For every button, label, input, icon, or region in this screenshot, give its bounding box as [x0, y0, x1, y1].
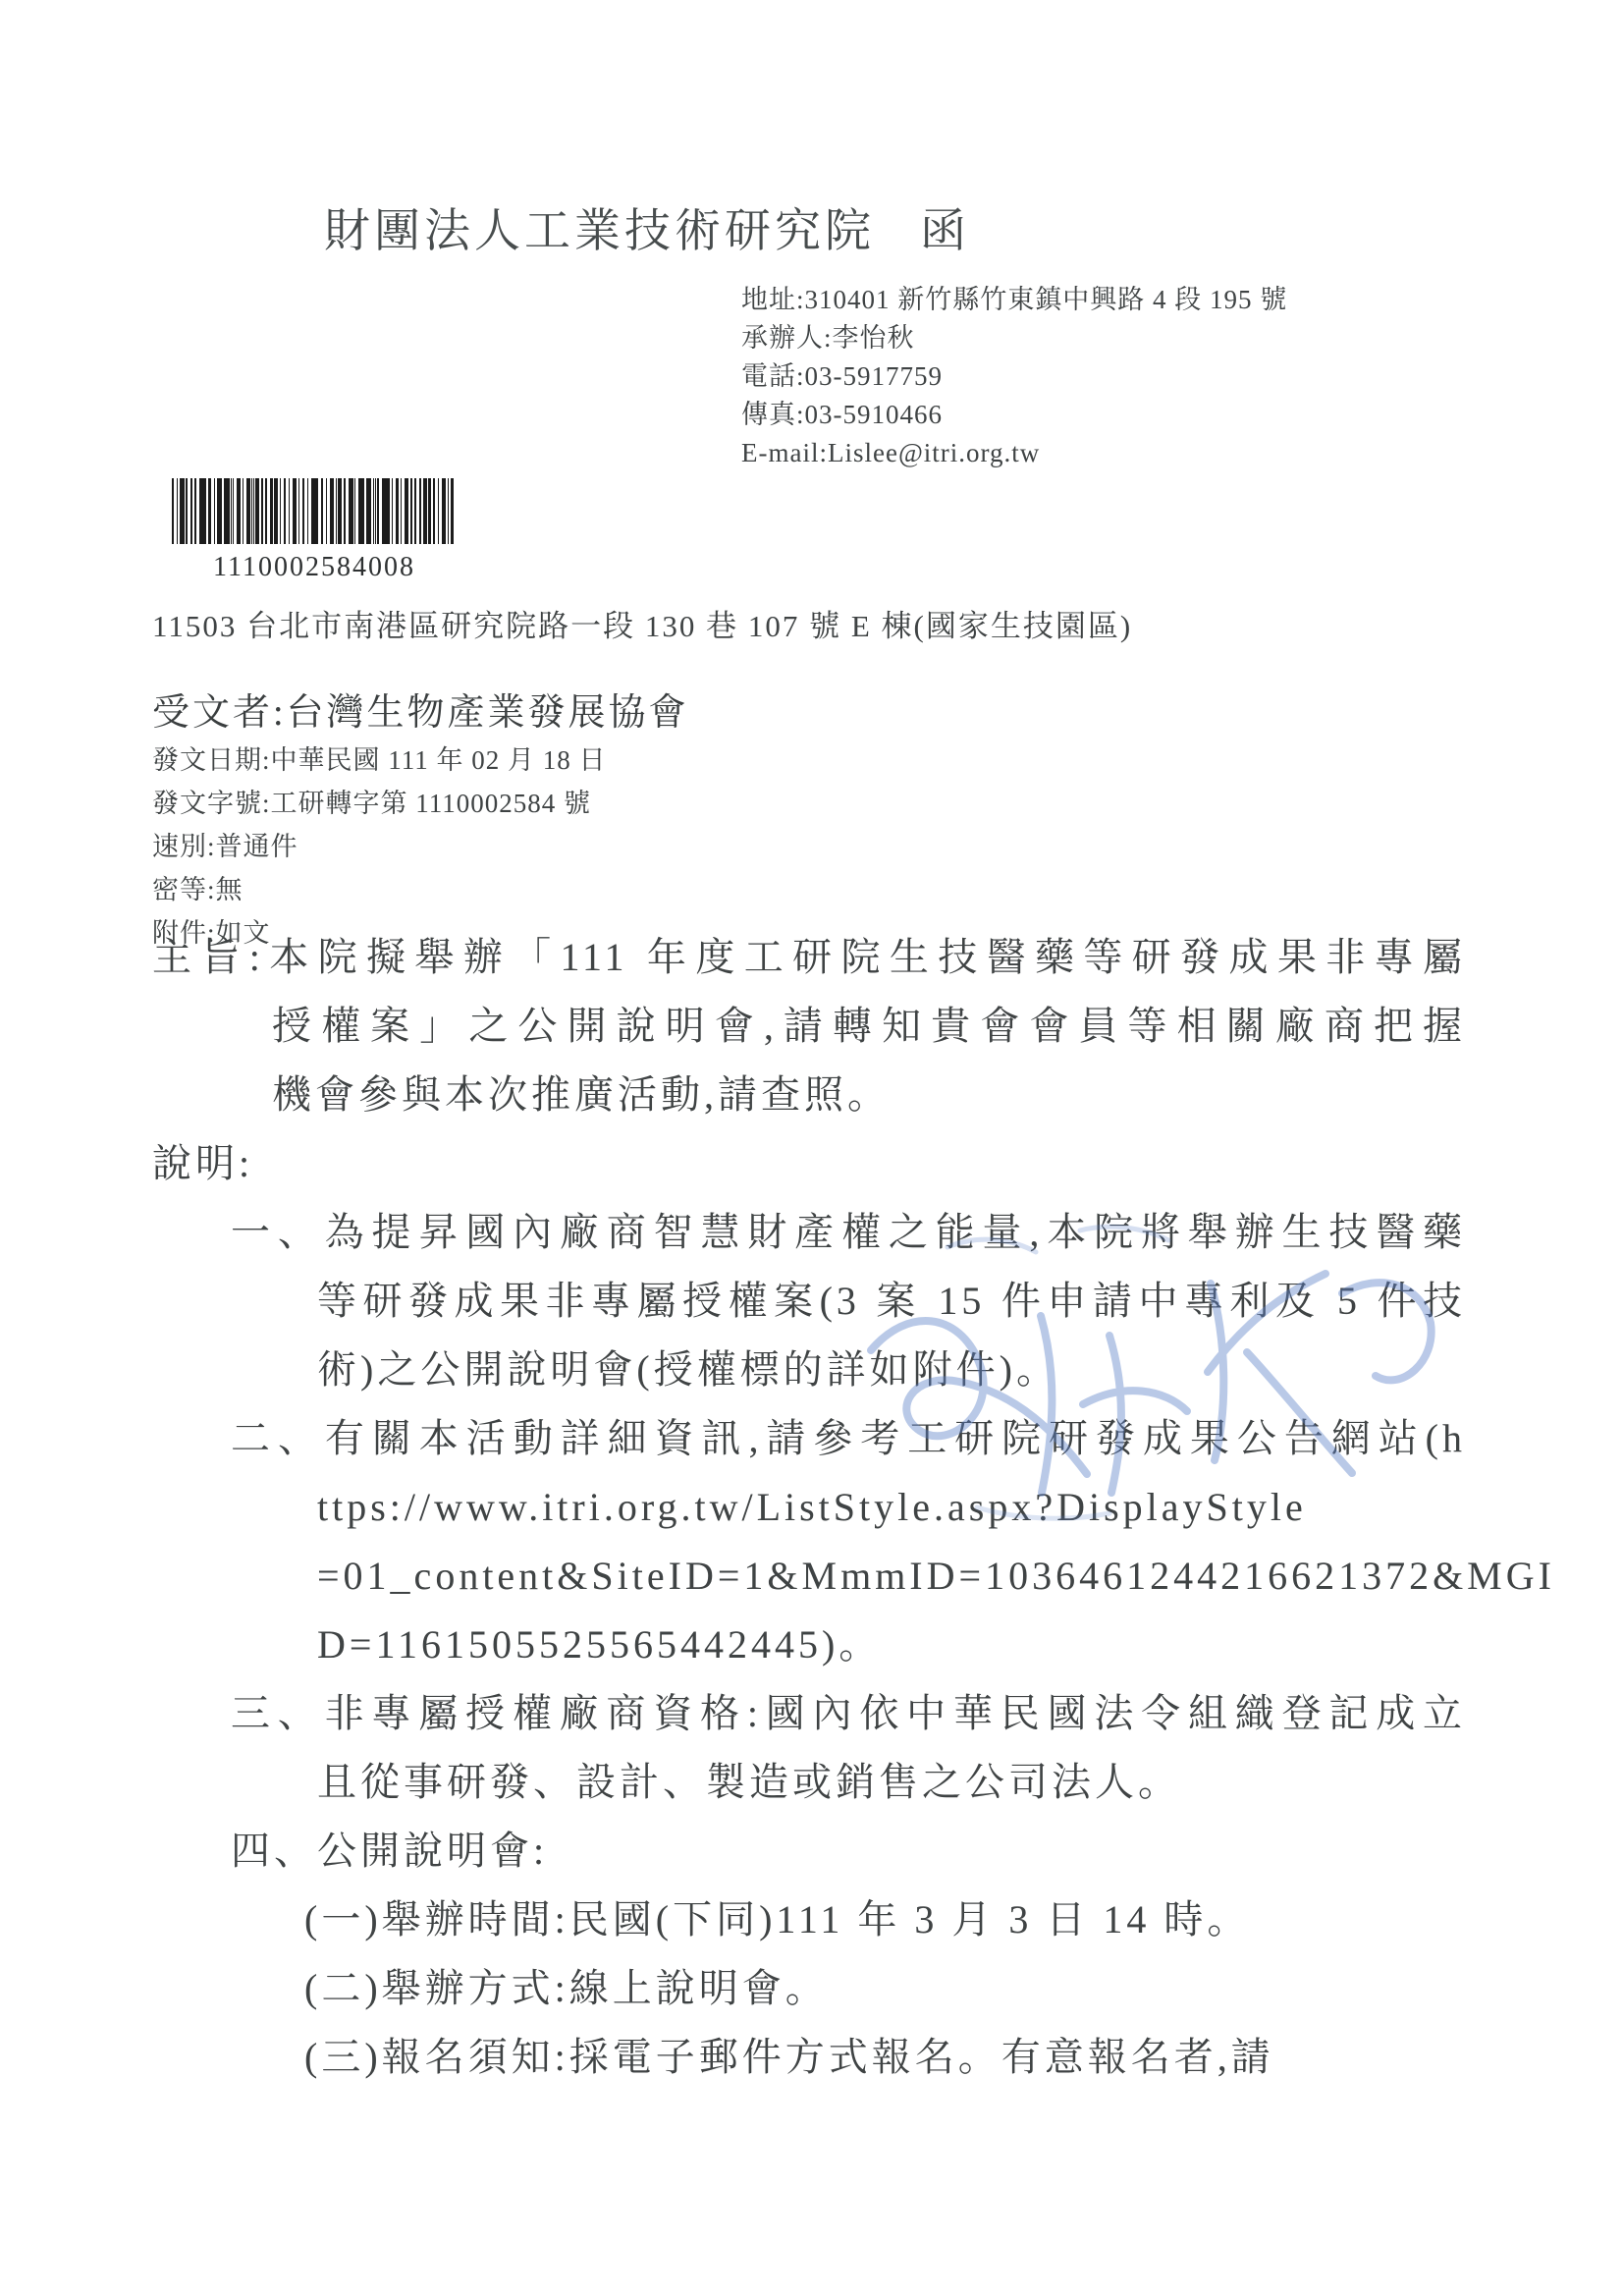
letter-body: 主旨:本院擬舉辦「111 年度工研院生技醫藥等研發成果非專屬 授權案」之公開說明… [152, 923, 1466, 2092]
letter-title: 財團法人工業技術研究院函 [324, 194, 970, 260]
item-line: 三、非專屬授權廠商資格:國內依中華民國法令組織登記成立 [152, 1679, 1466, 1748]
item-line-url: ttps://www.itri.org.tw/ListStyle.aspx?Di… [152, 1473, 1466, 1542]
item-line: 且從事研發、設計、製造或銷售之公司法人。 [152, 1748, 1466, 1817]
barcode-block: 1110002584008 [172, 478, 457, 583]
mailing-address: 11503 台北市南港區研究院路一段 130 巷 107 號 E 棟(國家生技園… [152, 601, 1132, 645]
item-line: 等研發成果非專屬授權案(3 案 15 件申請中專利及 5 件技 [152, 1267, 1466, 1336]
meta-doc-number: 發文字號:工研轉字第 1110002584 號 [152, 782, 607, 825]
item-line: 四、公開說明會: [152, 1817, 1466, 1886]
meta-date: 發文日期:中華民國 111 年 02 月 18 日 [152, 738, 607, 782]
item-line: 術)之公開說明會(授權標的詳如附件)。 [152, 1336, 1466, 1404]
org-name: 財團法人工業技術研究院 [324, 206, 875, 257]
barcode-image [172, 478, 454, 544]
meta-block: 發文日期:中華民國 111 年 02 月 18 日 發文字號:工研轉字第 111… [152, 738, 607, 955]
subitem-number: (三) [304, 2035, 382, 2079]
contact-person: 承辦人:李怡秋 [741, 319, 1287, 357]
contact-address: 地址:310401 新竹縣竹東鎮中興路 4 段 195 號 [741, 281, 1287, 319]
item-line-url: D=1161505525565442445)。 [152, 1611, 1466, 1679]
subject-line: 機會參與本次推廣活動,請查照。 [152, 1061, 1466, 1129]
item-line-url: =01_content&SiteID=1&MmmID=1036461244216… [152, 1542, 1466, 1611]
meta-speed: 速別:普通件 [152, 825, 607, 868]
subitem-line: (一)舉辦時間:民國(下同)111 年 3 月 3 日 14 時。 [152, 1886, 1466, 1954]
contact-fax: 傳真:03-5910466 [741, 396, 1287, 434]
item-line: 二、有關本活動詳細資訊,請參考工研院研發成果公告網站(h [152, 1404, 1466, 1473]
barcode-number: 1110002584008 [172, 552, 457, 583]
doc-type-label: 函 [920, 206, 970, 257]
contact-phone: 電話:03-5917759 [741, 357, 1287, 396]
item-number: 二、 [231, 1416, 325, 1460]
subitem-number: (二) [304, 1966, 382, 2010]
contact-block: 地址:310401 新竹縣竹東鎮中興路 4 段 195 號 承辦人:李怡秋 電話… [741, 281, 1287, 472]
subject-line: 授權案」之公開說明會,請轉知貴會會員等相關廠商把握 [152, 992, 1466, 1061]
official-letter-page: 財團法人工業技術研究院函 地址:310401 新竹縣竹東鎮中興路 4 段 195… [0, 0, 1623, 2296]
item-number: 四、 [231, 1829, 317, 1873]
item-number: 一、 [231, 1210, 325, 1254]
subitem-line: (二)舉辦方式:線上說明會。 [152, 1954, 1466, 2023]
explanation-label: 說明: [152, 1129, 1466, 1198]
meta-security: 密等:無 [152, 868, 607, 911]
subject-line: 主旨:本院擬舉辦「111 年度工研院生技醫藥等研發成果非專屬 [152, 923, 1466, 992]
item-line: 一、為提昇國內廠商智慧財產權之能量,本院將舉辦生技醫藥 [152, 1198, 1466, 1267]
recipient-line: 受文者:台灣生物產業發展協會 [152, 682, 689, 736]
contact-email: E-mail:Lislee@itri.org.tw [741, 434, 1287, 472]
item-number: 三、 [231, 1691, 325, 1735]
subitem-number: (一) [304, 1897, 382, 1941]
subject-label: 主旨: [152, 935, 264, 979]
subitem-line: (三)報名須知:採電子郵件方式報名。有意報名者,請 [152, 2023, 1466, 2092]
